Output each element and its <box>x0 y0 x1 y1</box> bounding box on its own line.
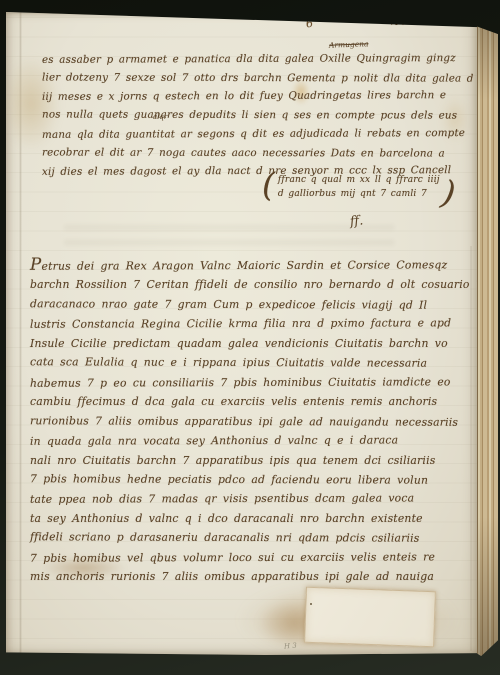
paper-repair-patch <box>304 587 436 648</box>
manuscript-line: ta sey Anthonius d valnc q i dco daracan… <box>30 509 466 528</box>
manuscript-line: in quada gala nra vocata sey Anthonius d… <box>30 430 466 451</box>
pencil-foliation-mark: H 3 <box>284 642 297 651</box>
manuscript-line: lustris Constancia Regina Cicilie krma f… <box>30 314 466 335</box>
paragraph-latin: Petrus dei gra Rex Aragon Valnc Maioric … <box>30 254 466 587</box>
manuscript-line: nos nulla quets guanares depudits li sie… <box>42 106 444 126</box>
note-open-bracket: ( <box>262 170 275 200</box>
manuscript-line: Petrus dei gra Rex Aragon Valnc Maioric … <box>30 253 466 276</box>
manuscript-line: iij meses e x jorns q estech en lo dit f… <box>42 87 444 107</box>
quire-mark: 6 <box>305 17 314 31</box>
ink-showthrough <box>64 225 394 255</box>
manuscript-line: cata sca Eulalia q nuc e i rippana ipius… <box>30 353 466 374</box>
manuscript-line: recobrar el dit ar 7 noga cautes aaco ne… <box>42 143 444 163</box>
manuscript-line: es assaber p armamet e panatica dla dita… <box>42 49 444 69</box>
manuscript-line: 7 pbis homibus hedne peciatis pdco ad fa… <box>30 469 466 490</box>
manuscript-photo: 6 xv . es assaber p armamet e panatica d… <box>0 0 500 675</box>
manuscript-line: barchn Rossilion 7 Ceritan ffideli de co… <box>30 275 466 294</box>
note-flourish: ff. <box>349 213 364 229</box>
manuscript-line: cambiu ffecimus d dca gala cu exarciis v… <box>30 392 466 411</box>
manuscript-line: tate ppea nob dias 7 madas qr visis psen… <box>30 489 466 510</box>
chancery-note: ( ffranc q qual m xx ll q ffrarc iiij d … <box>262 170 476 201</box>
book-fore-edge <box>477 24 498 656</box>
left-fold-crease <box>19 11 22 655</box>
manuscript-line: 7 pbis homibus vel qbus volumr loco sui … <box>30 547 466 568</box>
manuscript-line: lier dotzeny 7 sexze sol 7 otto drs barc… <box>42 68 444 88</box>
manuscript-line: mana qla dita guantitat ar segons q dit … <box>42 124 444 144</box>
struck-interlinear-word: Armugena <box>329 39 369 49</box>
manuscript-line: ffideli scriano p darasaneriu daracanali… <box>30 528 466 549</box>
folio-number: xv . <box>391 13 421 28</box>
manuscript-line: ffranc q qual m xx ll q ffrarc iiij <box>278 174 440 188</box>
manuscript-line: mis anchoris rurionis 7 aliis omibus app… <box>30 567 466 586</box>
inserted-interlinear-word: alqr <box>153 113 167 121</box>
manuscript-line: Insule Cicilie predictam quadam galea ve… <box>30 334 466 353</box>
manuscript-line: d galliorbus mij qnt 7 camli 7 <box>278 188 440 202</box>
right-margin-crease <box>470 246 472 651</box>
note-close-bracket: ) <box>439 177 457 209</box>
paragraph-catalan: es assaber p armamet e panatica dla dita… <box>42 50 444 181</box>
manuscript-line: nali nro Ciuitatis barchn 7 apparatibus … <box>30 451 466 470</box>
note-text: ffranc q qual m xx ll q ffrarc iiij d ga… <box>275 170 442 201</box>
manuscript-line: habemus 7 p eo cu consiliariis 7 pbis ho… <box>30 372 466 393</box>
manuscript-line: rurionibus 7 aliis omibus apparatibus ip… <box>30 411 466 432</box>
manuscript-page: 6 xv . es assaber p armamet e panatica d… <box>6 11 477 655</box>
manuscript-line: daracanaco nrao gate 7 gram Cum p expedi… <box>30 294 466 315</box>
ink-speck <box>310 603 312 605</box>
